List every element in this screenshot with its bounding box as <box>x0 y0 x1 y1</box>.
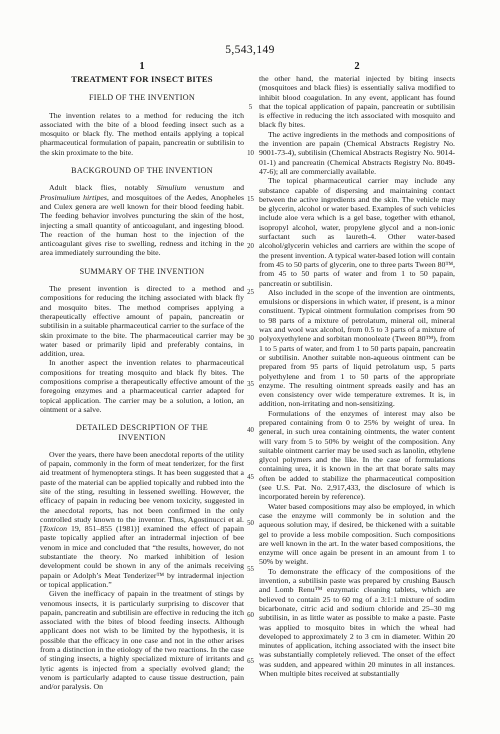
urea-formulations-paragraph: Formulations of the enzymes of interest … <box>259 409 455 502</box>
summary-paragraph-2: In another aspect the invention relates … <box>40 358 244 414</box>
detailed-paragraph-1: Over the years, there have been anecdota… <box>40 450 244 589</box>
line-number: 25 <box>243 289 258 335</box>
background-heading: BACKGROUND OF THE INVENTION <box>40 166 244 175</box>
active-ingredients-paragraph: The active ingredients in the methods an… <box>259 130 455 176</box>
detailed-description-heading: DETAILED DESCRIPTION OF THE INVENTION <box>67 423 217 442</box>
carrier-paragraph: The topical pharmaceutical carrier may i… <box>259 176 455 288</box>
line-number: 60 <box>243 612 258 658</box>
summary-heading: SUMMARY OF THE INVENTION <box>40 267 244 276</box>
line-number: 35 <box>243 381 258 427</box>
line-number: 40 <box>243 427 258 473</box>
water-based-paragraph: Water based compositions may also be emp… <box>259 502 455 567</box>
column-1-number: 1 <box>40 61 244 72</box>
field-heading: FIELD OF THE INVENTION <box>40 93 244 102</box>
background-paragraph: Adult black flies, notably Simulium venu… <box>40 183 244 257</box>
summary-paragraph-1: The present invention is directed to a m… <box>40 284 244 358</box>
line-number: 55 <box>243 566 258 612</box>
patent-page: 5,543,149 1 2 5101520253035404550556065 … <box>0 0 500 734</box>
continuation-paragraph: the other hand, the material injected by… <box>259 74 455 130</box>
detailed-paragraph-2: Given the inefficacy of papain in the tr… <box>40 589 244 691</box>
column-2-number: 2 <box>259 61 455 72</box>
line-number: 50 <box>243 520 258 566</box>
line-number: 15 <box>243 196 258 242</box>
patent-number: 5,543,149 <box>0 44 500 56</box>
ointments-paragraph: Also included in the scope of the invent… <box>259 288 455 409</box>
efficacy-demonstration-paragraph: To demonstrate the efficacy of the compo… <box>259 567 455 679</box>
column-1: TREATMENT FOR INSECT BITES FIELD OF THE … <box>40 74 244 692</box>
line-number-gutter: 5101520253035404550556065 <box>243 104 258 704</box>
line-number: 20 <box>243 243 258 289</box>
line-number: 10 <box>243 150 258 196</box>
line-number: 45 <box>243 474 258 520</box>
line-number: 30 <box>243 335 258 381</box>
field-paragraph: The invention relates to a method for re… <box>40 111 244 157</box>
line-number: 5 <box>243 104 258 150</box>
column-2: the other hand, the material injected by… <box>259 74 455 678</box>
invention-title: TREATMENT FOR INSECT BITES <box>40 75 244 84</box>
line-number: 65 <box>243 658 258 704</box>
